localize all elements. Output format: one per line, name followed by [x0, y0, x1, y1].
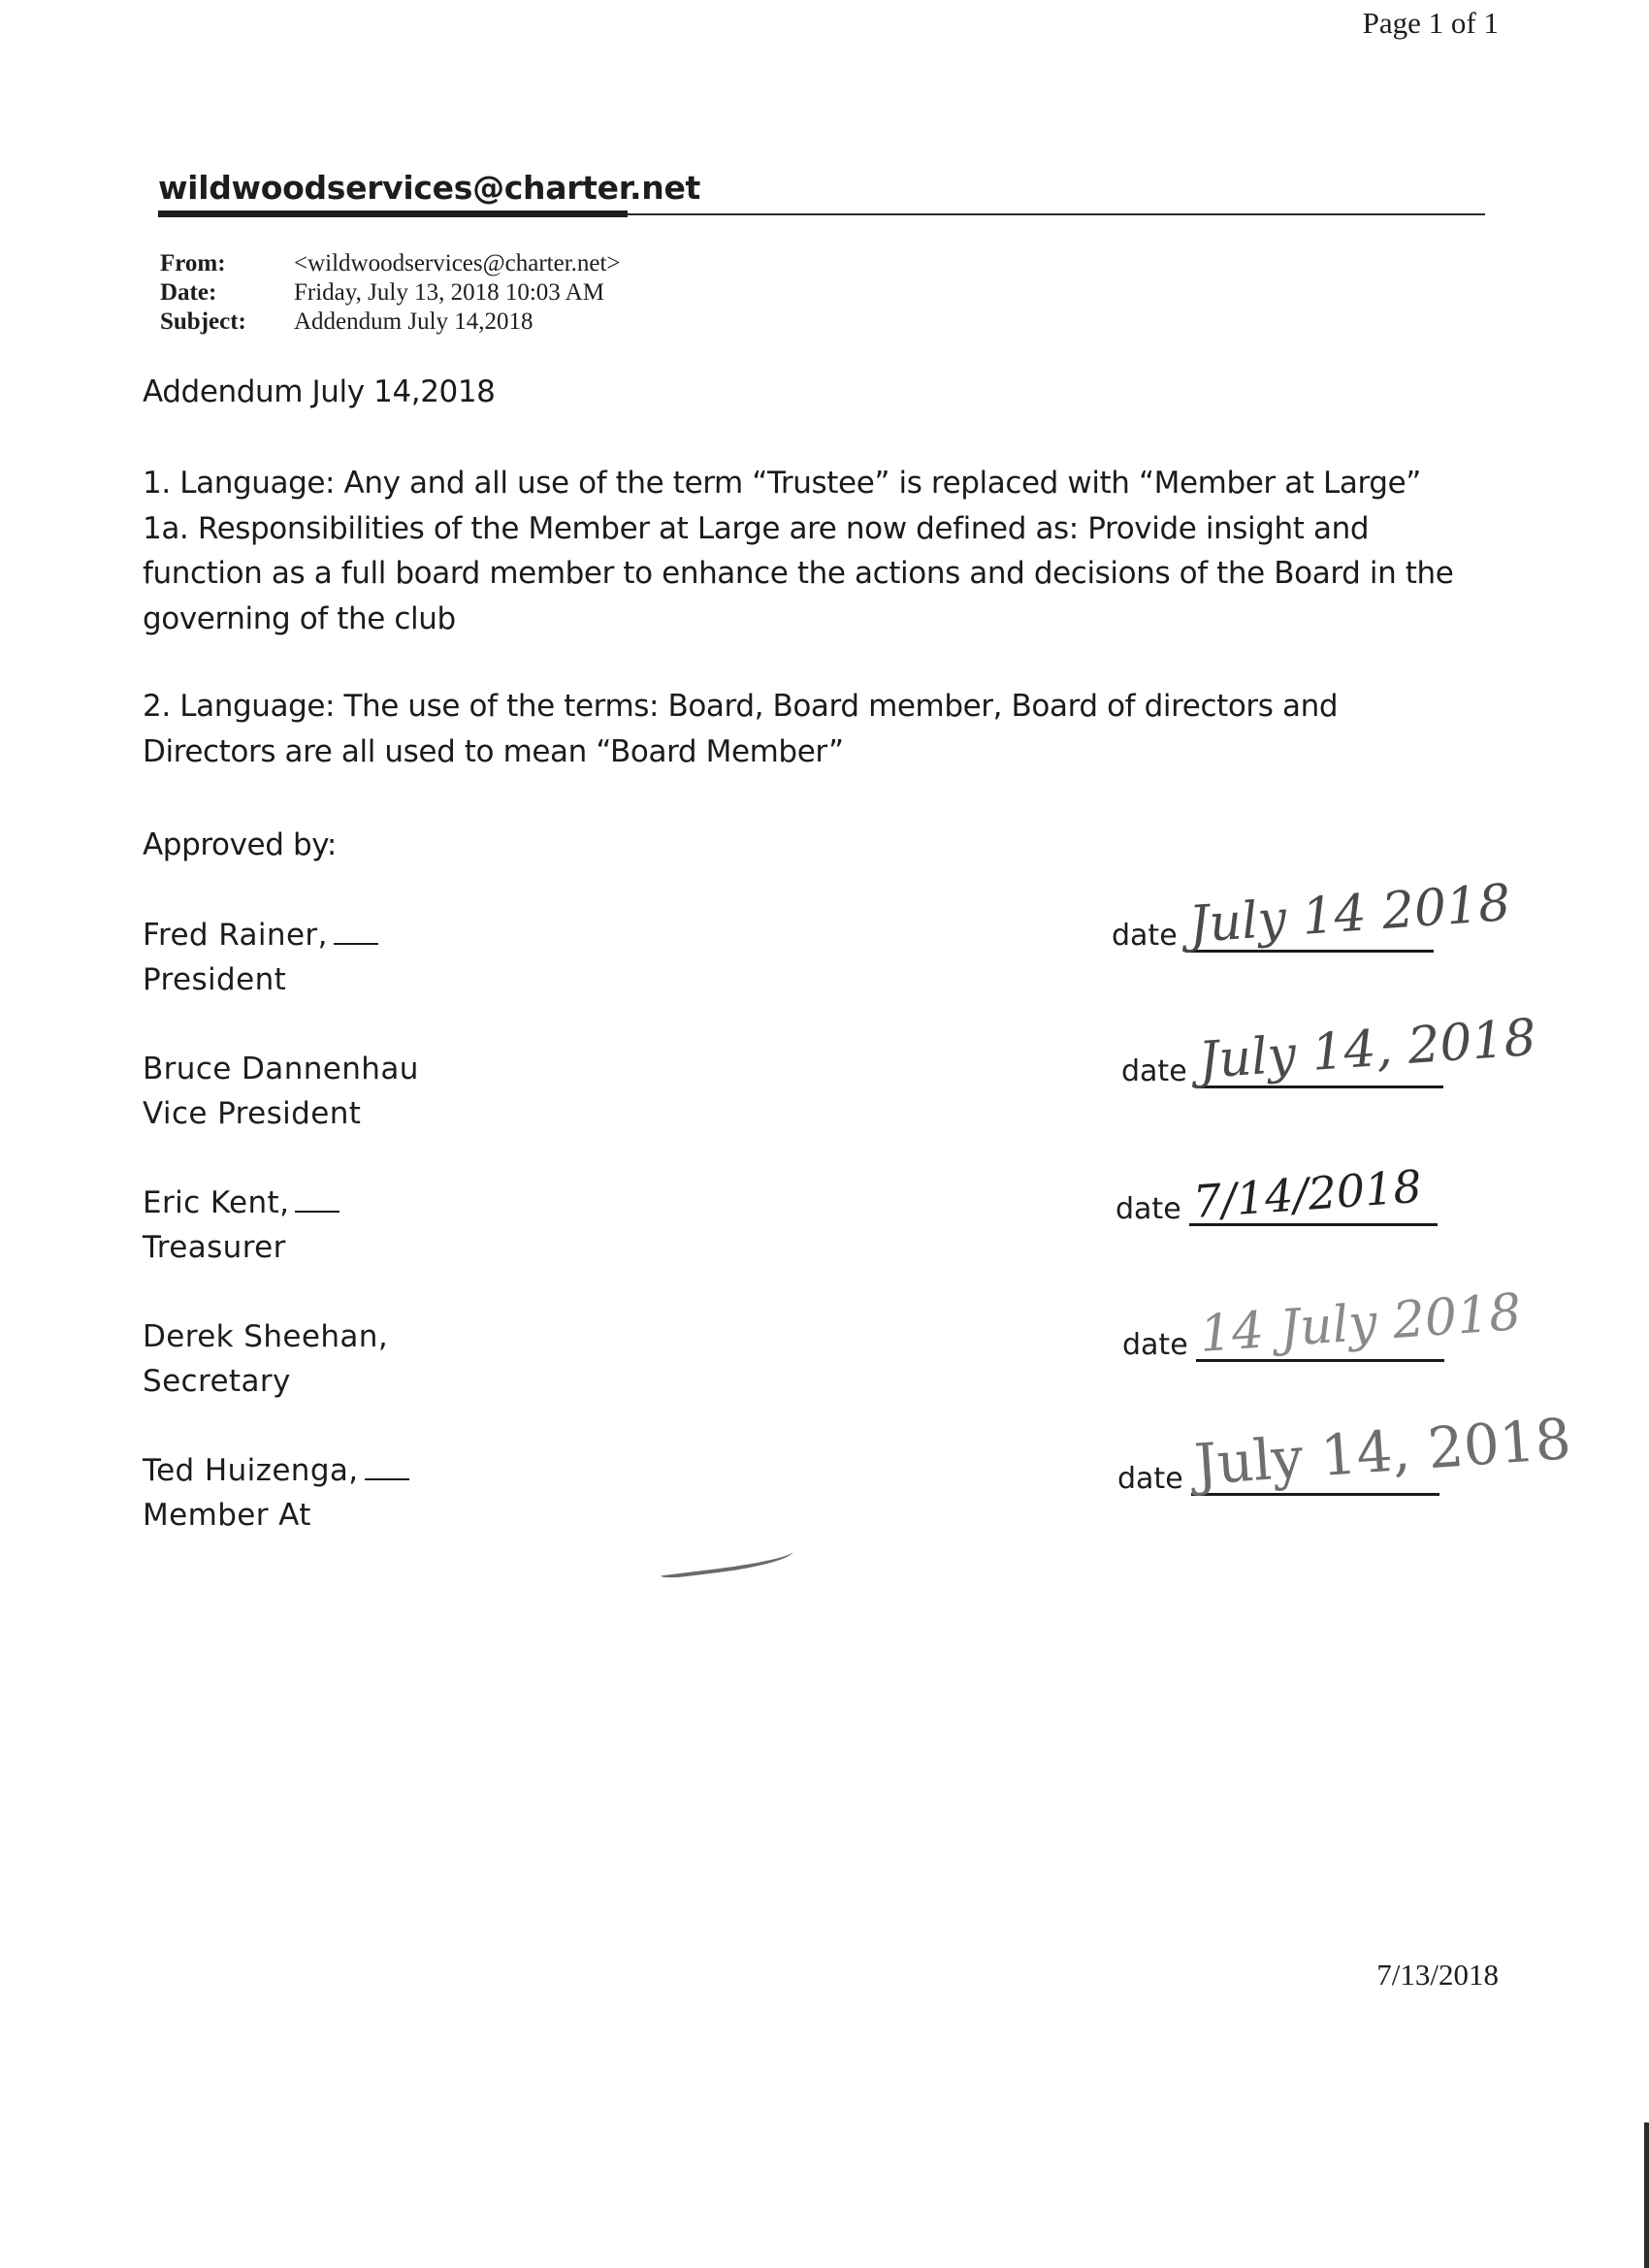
scan-edge-shadow: [1644, 2122, 1649, 2268]
date-field: date July 14 2018: [1112, 902, 1616, 960]
handwritten-date: 14 July 2018: [1198, 1283, 1523, 1364]
handwritten-date: July 14, 2018: [1197, 1009, 1538, 1090]
approver-title: Treasurer: [143, 1230, 286, 1265]
from-value: <wildwoodservices@charter.net>: [294, 250, 621, 277]
date-value: Friday, July 13, 2018 10:03 AM: [294, 279, 604, 307]
date-field-label: date: [1121, 1054, 1187, 1088]
date-field-label: date: [1122, 1328, 1188, 1362]
signature-blank: [365, 1478, 409, 1480]
date-field-label: date: [1112, 919, 1178, 953]
date-field-label: date: [1117, 1462, 1183, 1496]
handwritten-date: July 14 2018: [1187, 874, 1512, 955]
approver-name: Ted Huizenga,: [143, 1453, 409, 1488]
addendum-heading: Addendum July 14,2018: [143, 374, 496, 409]
email-account-title: wildwoodservices@charter.net: [158, 169, 700, 207]
scanned-document-page: Page 1 of 1 wildwoodservices@charter.net…: [0, 0, 1649, 2268]
approver-name: Fred Rainer,: [143, 918, 378, 953]
date-field: date July 14, 2018: [1117, 1445, 1622, 1504]
subject-value: Addendum July 14,2018: [294, 308, 533, 336]
signature-blank: [334, 943, 378, 945]
subject-label: Subject:: [160, 308, 246, 336]
date-field: date July 14, 2018: [1121, 1038, 1626, 1096]
approver-name: Derek Sheehan,: [143, 1319, 388, 1354]
signature-blank: [295, 1211, 339, 1213]
item-1a-line: 1a. Responsibilities of the Member at La…: [143, 511, 1369, 546]
date-label: Date:: [160, 279, 216, 307]
footer-print-date: 7/13/2018: [1376, 1958, 1499, 1993]
approved-by-label: Approved by:: [143, 827, 337, 862]
date-field-label: date: [1115, 1192, 1181, 1226]
approver-name: Bruce Dannenhau: [143, 1052, 419, 1086]
item-1a-line: governing of the club: [143, 601, 456, 636]
item-1a-line: function as a full board member to enhan…: [143, 556, 1453, 591]
header-rule-accent: [158, 211, 628, 217]
handwritten-date: 7/14/2018: [1191, 1160, 1423, 1228]
handwritten-date: July 14, 2018: [1192, 1406, 1572, 1498]
pen-stroke-mark: [659, 1544, 793, 1580]
approver-title: Vice President: [143, 1096, 361, 1131]
approver-name: Eric Kent,: [143, 1185, 339, 1220]
item-2-line: Directors are all used to mean “Board Me…: [143, 734, 844, 769]
approver-title: President: [143, 962, 286, 997]
item-1-line: 1. Language: Any and all use of the term…: [143, 466, 1421, 501]
from-label: From:: [160, 250, 226, 277]
date-field: date 14 July 2018: [1122, 1312, 1627, 1370]
date-field: date 7/14/2018: [1115, 1176, 1620, 1234]
approver-title: Secretary: [143, 1364, 291, 1399]
item-2-line: 2. Language: The use of the terms: Board…: [143, 689, 1338, 724]
page-number: Page 1 of 1: [1363, 6, 1499, 41]
approver-title: Member At: [143, 1498, 311, 1533]
